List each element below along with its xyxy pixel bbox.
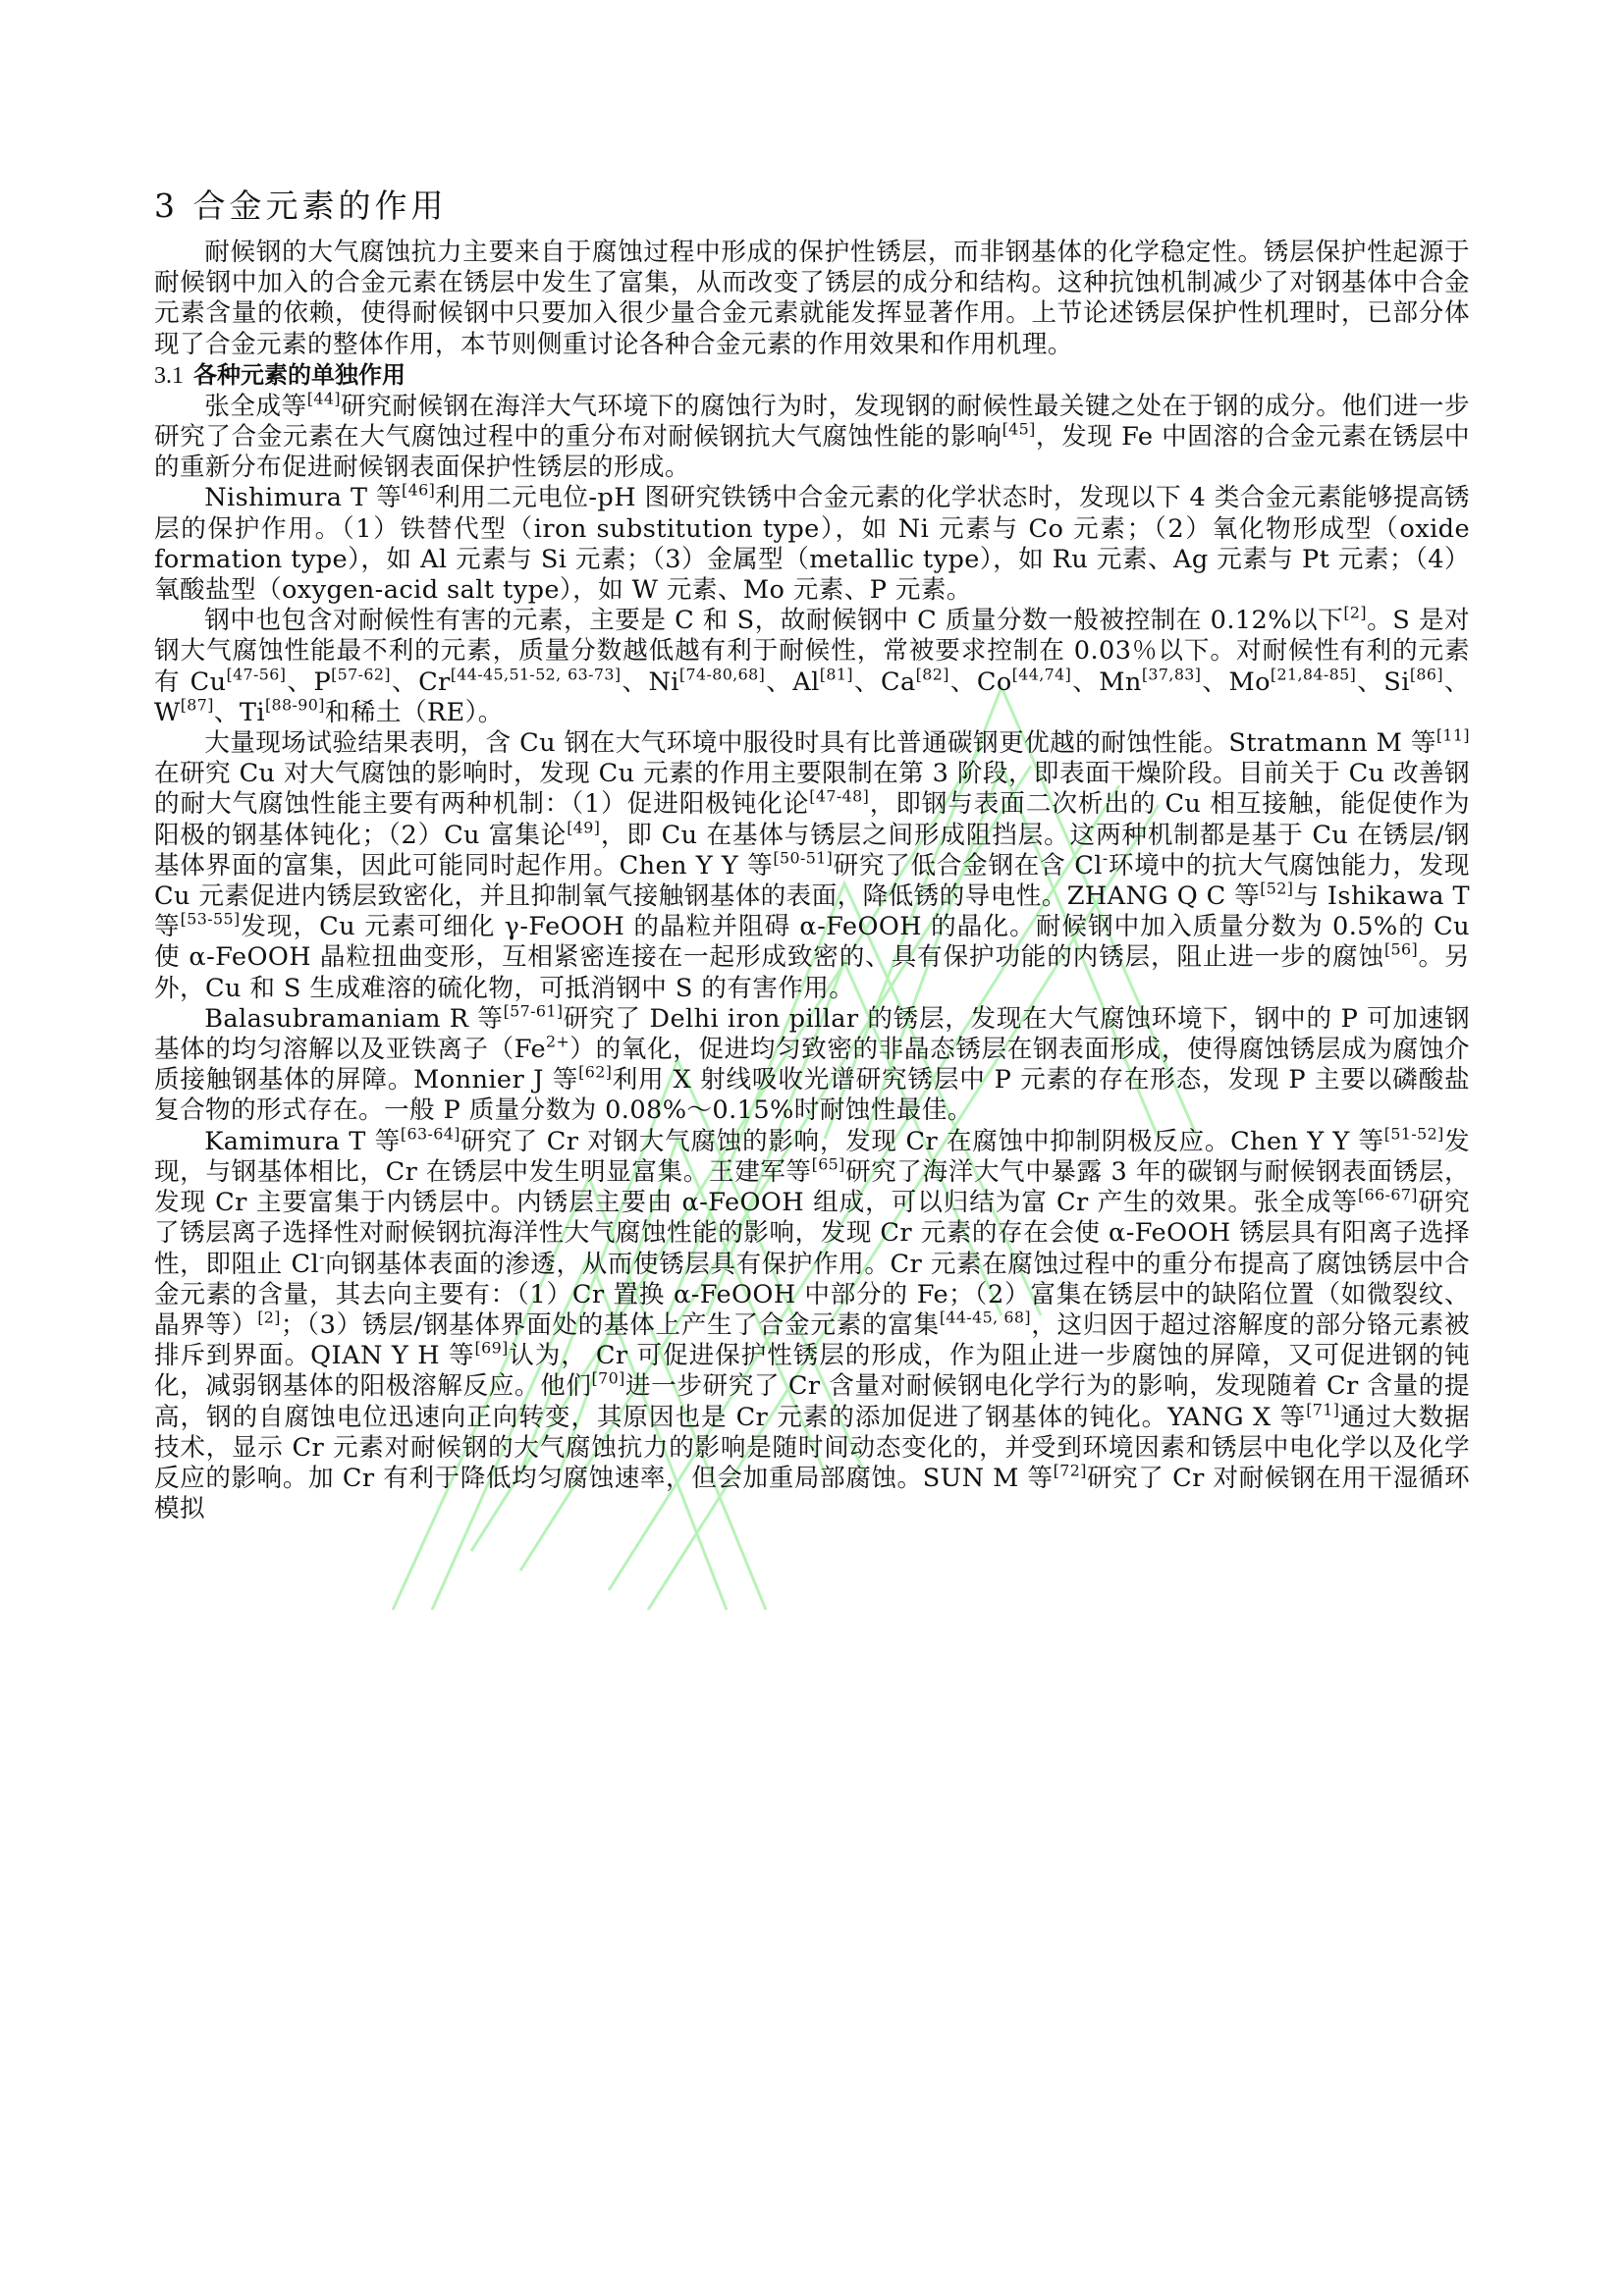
citation: [63-64]: [401, 1124, 460, 1143]
citation: [86]: [1410, 665, 1443, 683]
citation: [44]: [307, 390, 341, 408]
section-number: 3: [154, 187, 179, 225]
document-page: 3 合金元素的作用 耐候钢的大气腐蚀抗力主要来自于腐蚀过程中形成的保护性锈层，而…: [154, 185, 1470, 1524]
text-run: 大量现场试验结果表明，含 Cu 钢在大气环境中服役时具有比普通碳钢更优越的耐蚀性…: [204, 728, 1436, 758]
citation: [62]: [578, 1063, 612, 1082]
citation: [51-52]: [1384, 1124, 1444, 1143]
citation: [11]: [1436, 726, 1470, 745]
text-run: 、Ni: [621, 667, 678, 697]
text-run: 、Cr: [391, 667, 451, 697]
subsection-heading: 3.1各种元素的单独作用: [154, 360, 1470, 392]
text-run: 和稀土（RE）。: [325, 698, 504, 727]
citation: [69]: [475, 1339, 509, 1358]
citation: [21,84-85]: [1271, 665, 1356, 683]
citation: [44,74]: [1012, 665, 1072, 683]
citation: [57-62]: [331, 665, 391, 683]
text-run: 、Co: [949, 667, 1012, 697]
text-run: 张全成等: [204, 392, 307, 421]
citation: [70]: [592, 1369, 625, 1388]
citation: [44-45, 68]: [940, 1308, 1031, 1327]
citation: [81]: [820, 665, 853, 683]
text-run: 研究了低合金钢在含 Cl: [833, 851, 1103, 881]
citation: [53-55]: [181, 910, 241, 929]
intro-paragraph: 耐候钢的大气腐蚀抗力主要来自于腐蚀过程中形成的保护性锈层，而非钢基体的化学稳定性…: [154, 238, 1470, 360]
section-title: 合金元素的作用: [193, 187, 448, 225]
section-heading: 3 合金元素的作用: [154, 185, 1470, 228]
citation: [72]: [1054, 1462, 1087, 1480]
text-run: 研究了 Cr 对钢大气腐蚀的影响，发现 Cr 在腐蚀中抑制阴极反应。Chen Y…: [460, 1127, 1384, 1156]
citation: [47-56]: [226, 665, 286, 683]
citation: [74-80,68]: [679, 665, 765, 683]
citation: [50-51]: [773, 849, 833, 868]
paragraph-harmful-beneficial-elements: 钢中也包含对耐候性有害的元素，主要是 C 和 S，故耐候钢中 C 质量分数一般被…: [154, 606, 1470, 728]
citation: [46]: [402, 481, 435, 500]
citation: [2]: [257, 1308, 281, 1327]
text-run: 钢中也包含对耐候性有害的元素，主要是 C 和 S，故耐候钢中 C 质量分数一般被…: [204, 606, 1343, 635]
citation: [2]: [1343, 604, 1367, 622]
text-run: 、Al: [765, 667, 820, 697]
citation: [88-90]: [265, 696, 325, 715]
citation: [71]: [1306, 1400, 1339, 1418]
citation: [82]: [916, 665, 949, 683]
citation: [56]: [1384, 940, 1418, 959]
subsection-number: 3.1: [154, 363, 184, 389]
citation: [47-48]: [809, 787, 869, 806]
text-run: Balasubramaniam R 等: [204, 1004, 503, 1034]
citation: [37,83]: [1142, 665, 1202, 683]
text-run: 、Ti: [214, 698, 265, 727]
paragraph-nishimura: Nishimura T 等[46]利用二元电位-pH 图研究铁锈中合金元素的化学…: [154, 483, 1470, 606]
citation: [44-45,51-52, 63-73]: [451, 665, 622, 683]
citation: [49]: [567, 818, 600, 836]
text-run: ；（3）锈层/钢基体界面处的基体上产生了合金元素的富集: [281, 1310, 940, 1340]
ion-charge: 2+: [546, 1033, 569, 1051]
text-run: 、Mo: [1201, 667, 1271, 697]
citation: [65]: [812, 1155, 845, 1174]
paragraph-copper: 大量现场试验结果表明，含 Cu 钢在大气环境中服役时具有比普通碳钢更优越的耐蚀性…: [154, 728, 1470, 1004]
text-run: 、Mn: [1071, 667, 1142, 697]
text-run: 发现，Cu 元素可细化 γ-FeOOH 的晶粒并阻碍 α-FeOOH 的晶化。耐…: [154, 912, 1470, 972]
citation: [87]: [181, 696, 214, 715]
text-run: 、Si: [1356, 667, 1410, 697]
text-run: Nishimura T 等: [204, 483, 402, 512]
subsection-title: 各种元素的单独作用: [193, 361, 406, 389]
citation: [45]: [1002, 420, 1036, 439]
paragraph-phosphorus: Balasubramaniam R 等[57-61]研究了 Delhi iron…: [154, 1004, 1470, 1127]
citation: [57-61]: [504, 1002, 564, 1021]
citation: [52]: [1260, 880, 1293, 898]
text-run: 、P: [286, 667, 331, 697]
text-run: 、Ca: [853, 667, 916, 697]
paragraph-chromium: Kamimura T 等[63-64]研究了 Cr 对钢大气腐蚀的影响，发现 C…: [154, 1127, 1470, 1525]
paragraph-alloy-redistribution: 张全成等[44]研究耐候钢在海洋大气环境下的腐蚀行为时，发现钢的耐候性最关键之处…: [154, 392, 1470, 484]
citation: [66-67]: [1358, 1186, 1418, 1204]
text-run: Kamimura T 等: [204, 1127, 401, 1156]
